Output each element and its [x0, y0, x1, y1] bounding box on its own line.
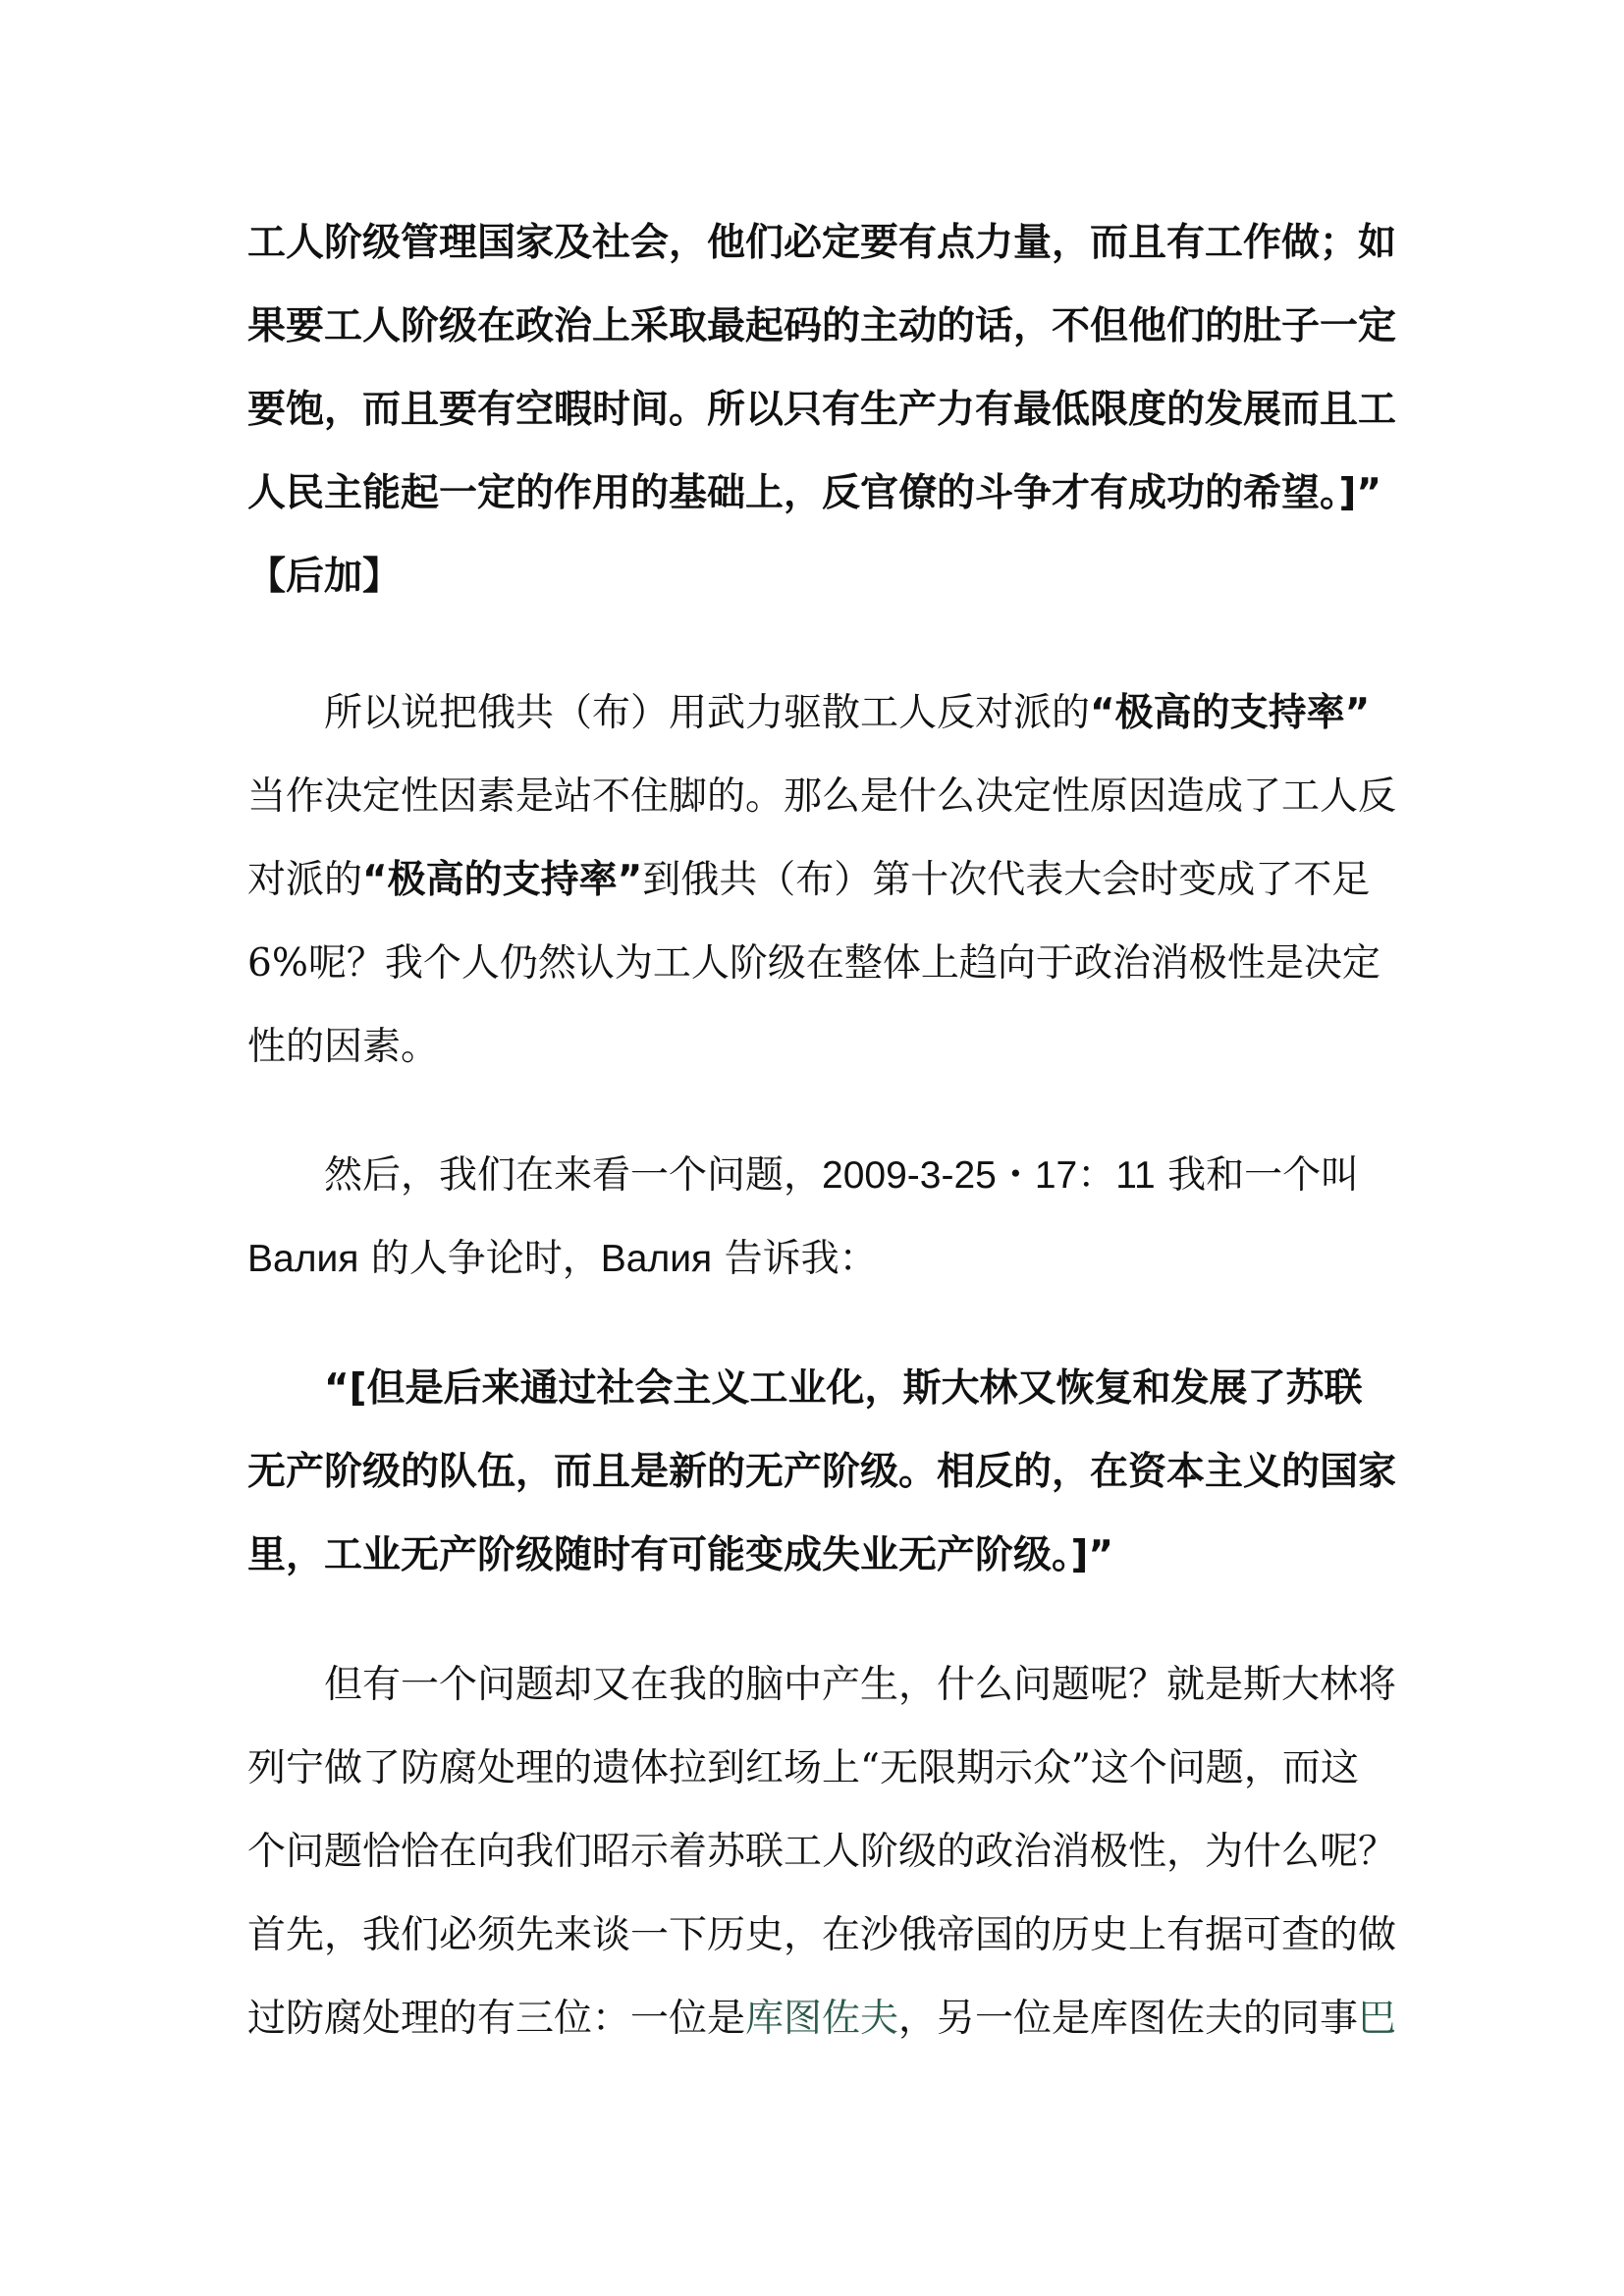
paragraph-line: 性的因素。	[247, 1024, 439, 1071]
paragraph-line: 然后，我们在来看一个问题，2009-3-25・17：11 我和一个叫	[247, 1152, 1359, 1200]
quote-line: 工人阶级管理国家及社会，他们必定要有点力量，而且有工作做；如	[247, 220, 1396, 267]
paragraph-line: 列宁做了防腐处理的遗体拉到红场上“无限期示众”这个问题，而这	[247, 1745, 1359, 1792]
paragraph-line: 首先，我们必须先来谈一下历史，在沙俄帝国的历史上有据可查的做	[247, 1912, 1396, 1959]
text: 到俄共（布）第十次代表大会时变成了不足	[642, 858, 1370, 902]
datetime-text: 2009-3-25・17：11	[822, 1154, 1156, 1197]
paragraph-line: 6%呢？我个人仍然认为工人阶级在整体上趋向于政治消极性是决定	[247, 940, 1380, 988]
quote-line: 人民主能起一定的作用的基础上，反官僚的斗争才有成功的希望。]”	[247, 470, 1381, 517]
text: 告诉我：	[725, 1237, 878, 1281]
quote-line: 无产阶级的队伍，而且是新的无产阶级。相反的，在资本主义的国家	[247, 1449, 1396, 1496]
person-name: Валия	[601, 1238, 712, 1280]
paragraph-line: Валия 的人争论时，Валия 告诉我：	[247, 1236, 878, 1283]
text: 的人争论时，	[371, 1237, 601, 1281]
link-ba[interactable]: 巴	[1358, 1997, 1396, 2041]
quote-line: 里，工业无产阶级随时有可能变成失业无产阶级。]”	[247, 1532, 1113, 1579]
paragraph-line: 对派的“极高的支持率”到俄共（布）第十次代表大会时变成了不足	[247, 857, 1370, 904]
text: 所以说把俄共（布）用武力驱散工人反对派的	[324, 691, 1090, 735]
paragraph-line: 所以说把俄共（布）用武力驱散工人反对派的“极高的支持率”	[247, 690, 1370, 737]
text: 过防腐处理的有三位：一位是	[247, 1997, 745, 2041]
text: 对派的	[247, 858, 362, 902]
emphasis-text: “极高的支持率”	[1090, 691, 1370, 735]
text: ，另一位是库图佐夫的同事	[898, 1997, 1358, 2041]
paragraph-line: 但有一个问题却又在我的脑中产生，什么问题呢？就是斯大林将	[247, 1662, 1396, 1709]
text: 然后，我们在来看一个问题，	[324, 1153, 822, 1198]
paragraph-line: 当作决定性因素是站不住脚的。那么是什么决定性原因造成了工人反	[247, 774, 1396, 821]
quote-line: 果要工人阶级在政治上采取最起码的主动的话，不但他们的肚子一定	[247, 303, 1396, 350]
text: 我和一个叫	[1167, 1153, 1359, 1198]
emphasis-text: “极高的支持率”	[362, 858, 642, 902]
quote-line: “[但是后来通过社会主义工业化，斯大林又恢复和发展了苏联	[247, 1365, 1362, 1413]
quote-line: 要饱，而且要有空暇时间。所以只有生产力有最低限度的发展而且工	[247, 387, 1396, 434]
paragraph-line: 个问题恰恰在向我们昭示着苏联工人阶级的政治消极性，为什么呢？	[247, 1829, 1396, 1876]
note-label: 【后加】	[247, 554, 401, 601]
link-kutuzov[interactable]: 库图佐夫	[745, 1997, 898, 2041]
person-name: Валия	[247, 1238, 358, 1280]
paragraph-line: 过防腐处理的有三位：一位是库图佐夫，另一位是库图佐夫的同事巴	[247, 1996, 1396, 2043]
